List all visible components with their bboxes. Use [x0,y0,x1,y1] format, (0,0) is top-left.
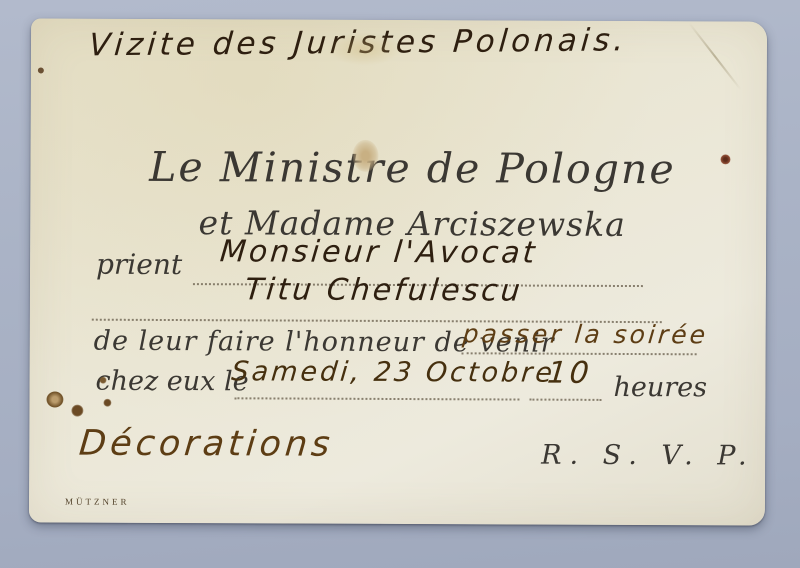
ink-blot-small-1 [100,377,107,384]
paper-stain-top [327,32,401,66]
paper-speck-top-left [38,67,44,73]
printer-mark: MÜTZNER [65,497,130,507]
paper-stain-over-title [352,140,378,172]
handwritten-date: Samedi, 23 Octobre [230,357,556,388]
invitation-card: Vizite des Juristes Polonais. Le Ministr… [29,18,767,525]
fill-in-line-hour [529,399,601,401]
ink-blot-medium [71,405,83,417]
photo-background: Vizite des Juristes Polonais. Le Ministr… [0,0,800,568]
ink-blot-small-2 [103,399,111,407]
ink-blot-large [46,391,63,407]
card-title-line1: Le Ministre de Pologne [30,144,766,193]
printed-heures-label: heures [613,373,707,404]
printed-rsvp: R. S. V. P. [541,441,755,472]
handwritten-guest-name-line2: Titu Chefulescu [243,273,524,307]
printed-chez-line: chez eux le [95,367,248,398]
handwritten-event: passer la soirée [461,320,709,349]
handwritten-guest-name-line1: Monsieur l'Avocat [219,235,539,269]
handwritten-decorations-note: Décorations [77,425,335,465]
handwritten-hour: 10 [546,357,593,390]
paper-speck-right [720,154,730,164]
paper-crease-top-right [688,23,741,91]
fill-in-line-date [234,397,519,400]
printed-prient-label: prient [96,249,182,281]
